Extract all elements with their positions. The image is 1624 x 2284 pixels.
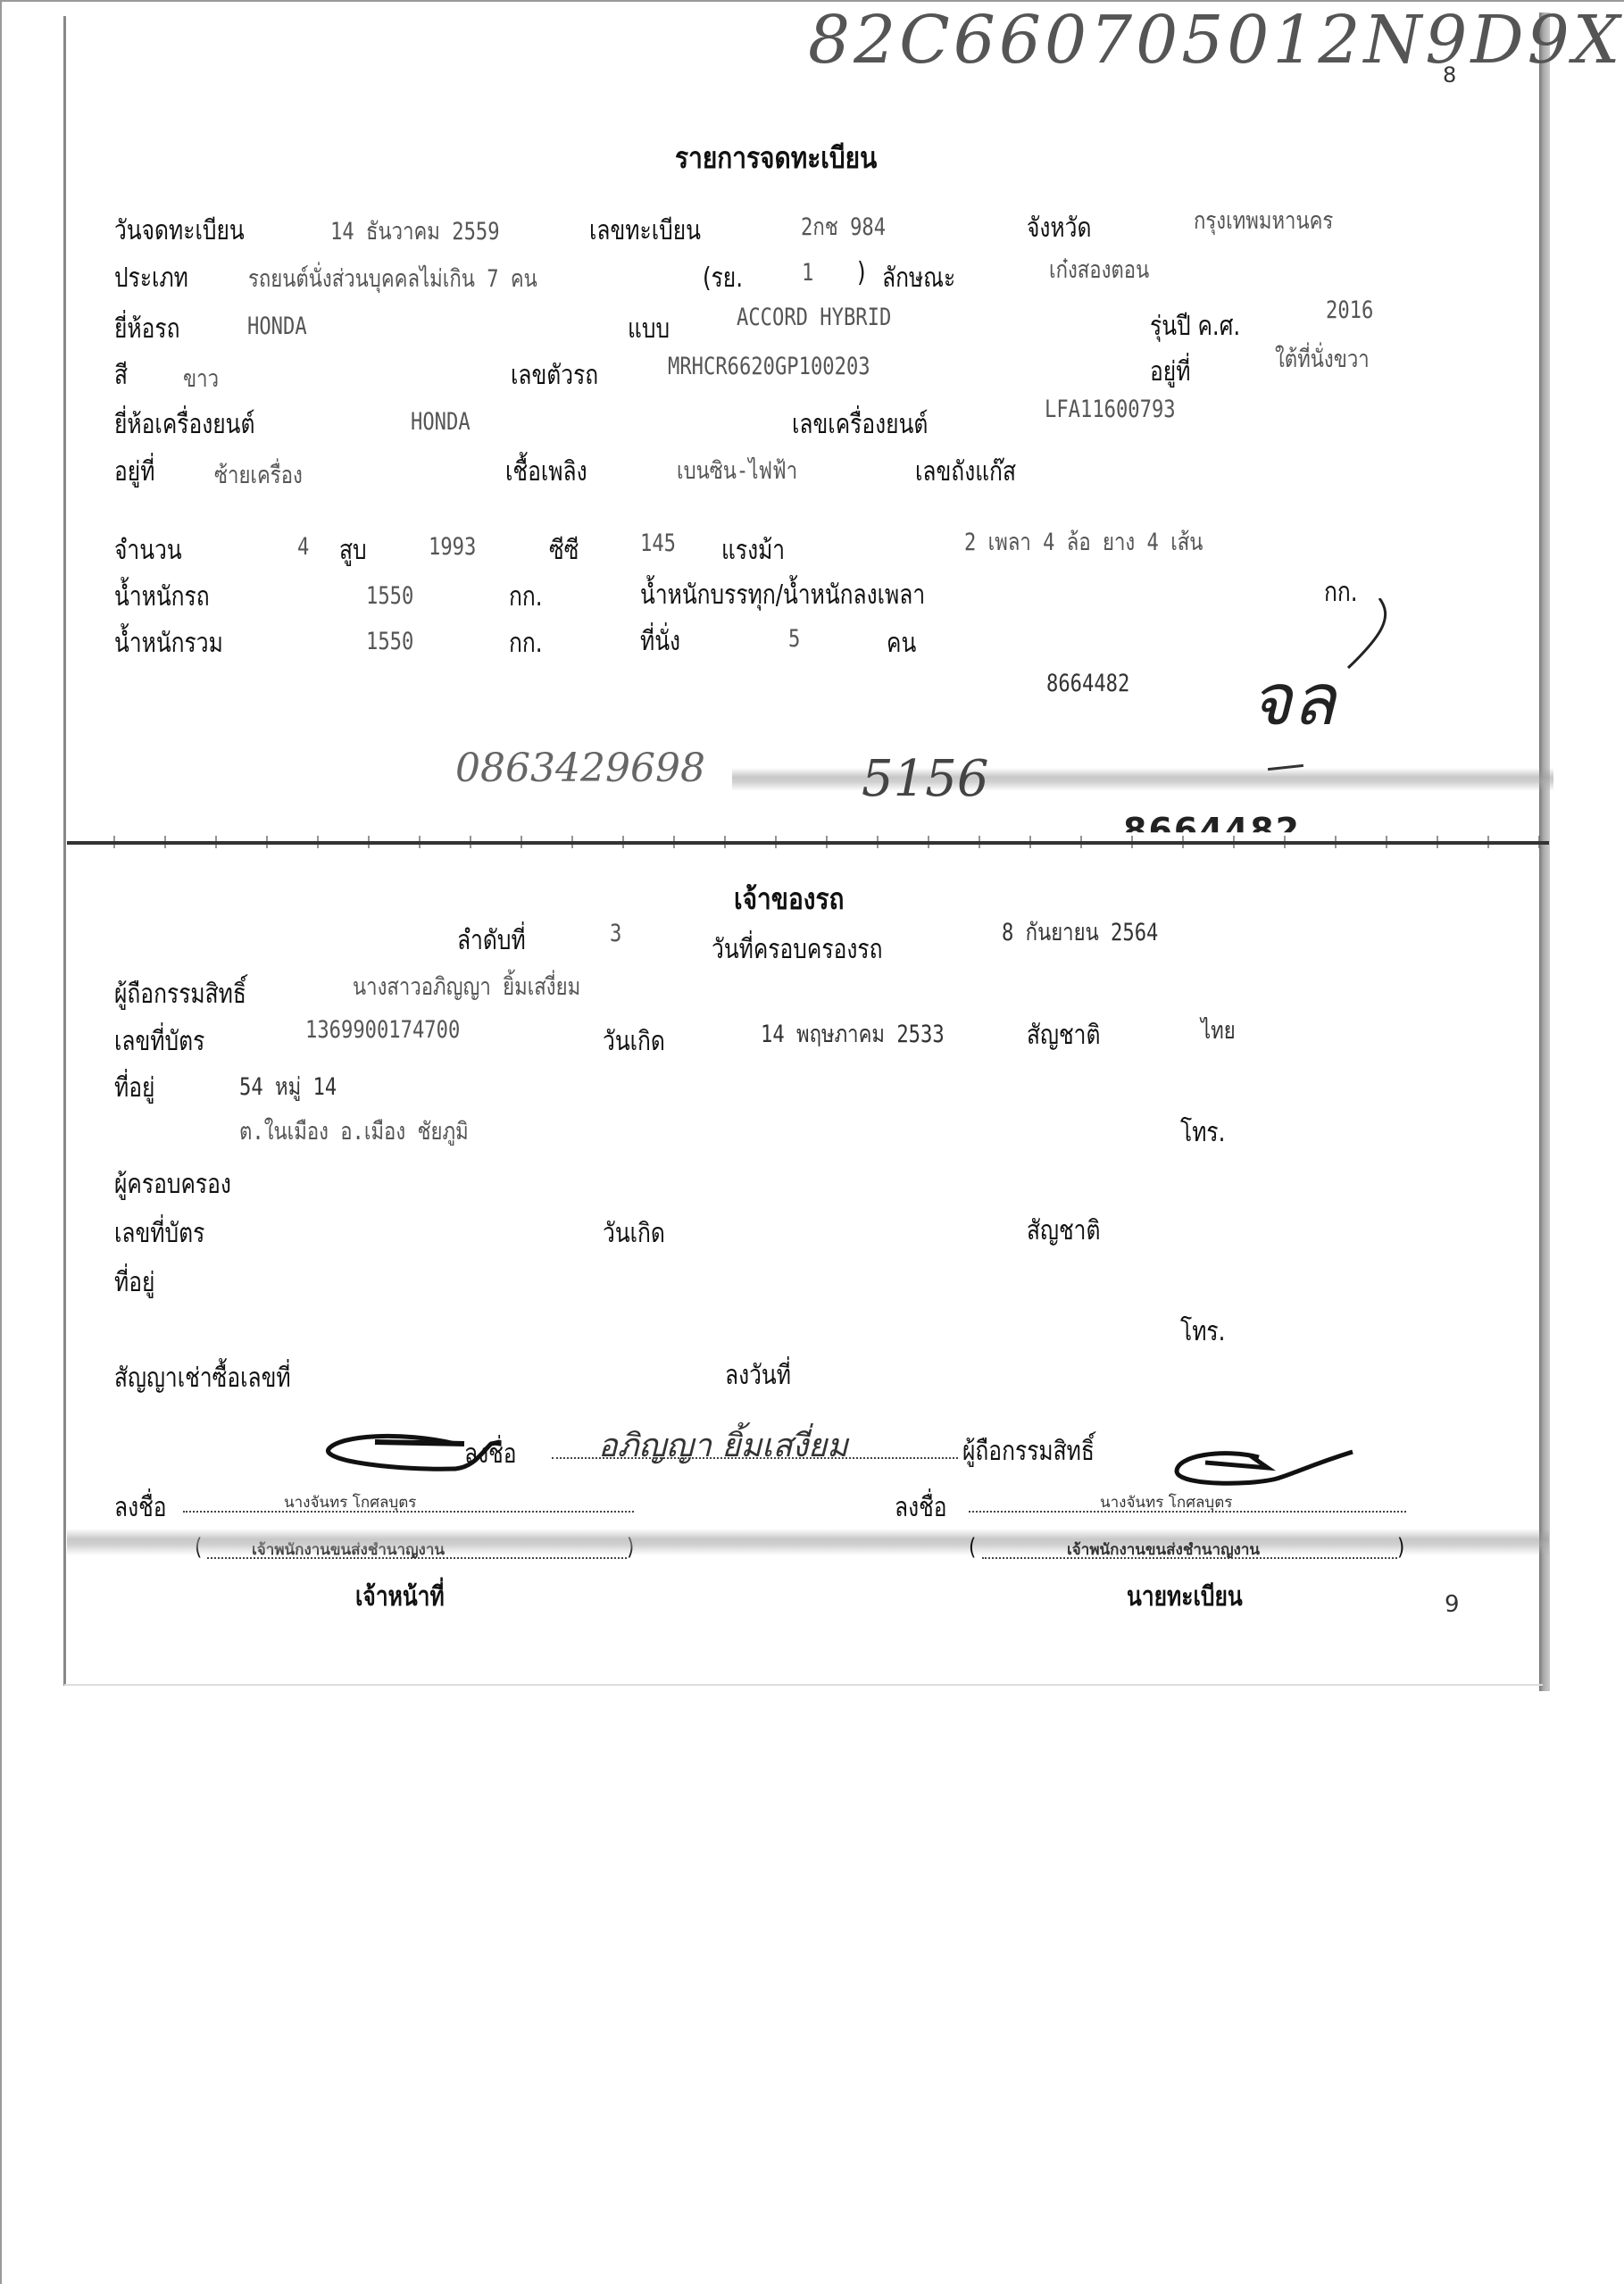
sequence-value: 3: [610, 920, 621, 947]
possessor-label: ผู้ครอบครอง: [114, 1163, 231, 1205]
page-edge-bottom: [64, 1684, 1543, 1686]
registrar-position: เจ้าพนักงานขนส่งชำนาญงาน: [1067, 1538, 1260, 1562]
reg-date-value: 14 ธันวาคม 2559: [330, 212, 500, 250]
fold-line: [67, 841, 1549, 845]
axle-wheel-value: 2 เพลา 4 ล้อ ยาง 4 เส้น: [964, 522, 1203, 561]
section-title-owner: เจ้าของรถ: [734, 875, 845, 922]
section-title-registration: รายการจดทะเบียน: [675, 134, 877, 181]
officer-sign-name: นางจันทร โกศลบุตร: [284, 1490, 416, 1514]
seats-value: 5: [788, 625, 800, 653]
scan-smudge-bottom: [67, 1529, 1549, 1555]
count-label: จำนวน: [114, 529, 182, 571]
color-label: สี: [114, 354, 128, 396]
chassis-location-value: ใต้ที่นั่งขวา: [1275, 339, 1370, 378]
id-card-value: 1369900174700: [305, 1016, 460, 1044]
cc-unit: ซีซี: [549, 529, 579, 571]
weight-unit: กก.: [509, 576, 543, 618]
engine-brand-value: HONDA: [411, 408, 471, 436]
scan-smudge: [732, 768, 1553, 791]
brand-value: HONDA: [247, 313, 307, 340]
possessor-id-label: เลขที่บัตร: [114, 1213, 204, 1255]
chassis-location-label: อยู่ที่: [1150, 351, 1190, 393]
holder-value: นางสาวอภิญญา ยิ้มเสงี่ยม: [353, 967, 580, 1005]
engine-brand-label: ยี่ห้อเครื่องยนต์: [114, 404, 254, 446]
possession-date-label: วันที่ครอบครองรถ: [712, 929, 882, 971]
weight-label: น้ำหนักรถ: [114, 576, 210, 618]
id-card-label: เลขที่บัตร: [114, 1021, 204, 1063]
address-line-2: ต.ในเมือง อ.เมือง ชัยภูมิ: [239, 1112, 469, 1150]
possessor-birth-date-label: วันเกิด: [603, 1213, 665, 1255]
cylinders-value: 4: [297, 533, 309, 561]
fuel-label: เชื้อเพลิง: [505, 451, 587, 493]
gas-tank-label: เลขถังแก๊ส: [915, 451, 1016, 493]
hp-unit: แรงม้า: [721, 529, 785, 571]
engine-number-label: เลขเครื่องยนต์: [792, 404, 928, 446]
province-value: กรุงเทพมหานคร: [1194, 201, 1333, 239]
gross-weight-label: น้ำหนักรวม: [114, 622, 223, 664]
engine-number-value: LFA11600793: [1045, 396, 1176, 423]
handwritten-number: 5156: [862, 750, 989, 808]
owner-phone-label: โทร.: [1180, 1112, 1225, 1154]
officer-role: เจ้าหน้าที่: [355, 1576, 445, 1618]
reference-number: 8664482: [1046, 670, 1129, 697]
page-edge-right: [1539, 13, 1550, 1691]
chassis-value: MRHCR6620GP100203: [668, 353, 870, 380]
ry-label-close: ): [857, 257, 866, 288]
lease-contract-label: สัญญาเช่าซื้อเลขที่: [114, 1357, 291, 1399]
style-label: ลักษณะ: [882, 257, 955, 299]
possessor-nationality-label: สัญชาติ: [1027, 1210, 1100, 1252]
chassis-label: เลขตัวรถ: [511, 354, 598, 396]
registrar-paren-open: (: [969, 1534, 976, 1561]
possessor-address-label: ที่อยู่: [114, 1262, 154, 1304]
plate-value: 2กช 984: [801, 207, 886, 246]
plate-label: เลขทะเบียน: [589, 210, 701, 252]
birth-date-label: วันเกิด: [603, 1021, 665, 1063]
model-label: แบบ: [628, 308, 670, 350]
officer-sign-prefix: ลงชื่อ: [114, 1487, 167, 1529]
reg-date-label: วันจดทะเบียน: [114, 210, 245, 252]
brand-label: ยี่ห้อรถ: [114, 308, 180, 350]
style-value: เก๋งสองตอน: [1049, 250, 1149, 288]
handwritten-phone: 0863429698: [455, 746, 705, 791]
holder-label: ผู้ถือกรรมสิทธิ์: [114, 973, 246, 1015]
type-label: ประเภท: [114, 257, 188, 299]
handwritten-code: 82C660705012N9D9X: [808, 2, 1623, 79]
seats-label: ที่นั่ง: [640, 621, 680, 663]
nationality-value: ไทย: [1201, 1011, 1236, 1049]
weight-value: 1550: [366, 582, 413, 610]
holder-sign-prefix: ลงชื่อ: [464, 1433, 517, 1475]
holder-sign-role: ผู้ถือกรรมสิทธิ์: [962, 1430, 1095, 1472]
initials-signature: จล: [1250, 643, 1336, 756]
address-label: ที่อยู่: [114, 1067, 154, 1109]
holder-sign-name: อภิญญา ยิ้มเสงี่ยม: [598, 1420, 848, 1471]
address-line-1: 54 หมู่ 14: [239, 1067, 337, 1105]
possessor-phone-label: โทร.: [1180, 1311, 1225, 1353]
gross-weight-value: 1550: [366, 628, 413, 655]
load-label: น้ำหนักบรรทุก/น้ำหนักลงเพลา: [640, 574, 925, 616]
type-value: รถยนต์นั่งส่วนบุคคลไม่เกิน 7 คน: [248, 259, 537, 297]
year-label: รุ่นปี ค.ศ.: [1150, 305, 1240, 347]
ry-value: 1: [802, 259, 813, 287]
page-edge-left: [63, 16, 66, 1686]
birth-date-value: 14 พฤษภาคม 2533: [761, 1014, 945, 1053]
color-value: ขาว: [183, 359, 219, 397]
registrar-scribble-signature-icon: [1170, 1446, 1366, 1491]
registrar-sign-name: นางจันทร โกศลบุตร: [1100, 1490, 1232, 1514]
cylinders-unit: สูบ: [339, 529, 367, 571]
page-number-top: 8: [1443, 63, 1456, 88]
page-number-bottom: 9: [1445, 1591, 1460, 1618]
registrar-role: นายทะเบียน: [1127, 1576, 1243, 1618]
registrar-paren-close: ): [1397, 1534, 1404, 1561]
model-value: ACCORD HYBRID: [737, 304, 891, 331]
signature-stroke-icon: [1330, 598, 1402, 670]
seats-unit: คน: [887, 622, 916, 664]
cc-value: 1993: [429, 533, 476, 561]
registrar-sign-prefix: ลงชื่อ: [895, 1487, 947, 1529]
image-border-left: [0, 0, 2, 2284]
sequence-label: ลำดับที่: [457, 920, 526, 962]
fuel-value: เบนซิน-ไฟฟ้า: [677, 451, 797, 489]
ry-label-open: (รย.: [703, 257, 743, 299]
province-label: จังหวัด: [1027, 207, 1091, 249]
nationality-label: สัญชาติ: [1027, 1014, 1100, 1056]
year-value: 2016: [1326, 296, 1373, 324]
hp-value: 145: [640, 529, 676, 557]
possession-date-value: 8 กันยายน 2564: [1002, 913, 1158, 951]
engine-location-label: อยู่ที่: [114, 451, 154, 493]
gross-weight-unit: กก.: [509, 622, 543, 664]
engine-location-value: ซ้ายเครื่อง: [214, 455, 303, 494]
lease-date-label: ลงวันที่: [725, 1355, 791, 1396]
